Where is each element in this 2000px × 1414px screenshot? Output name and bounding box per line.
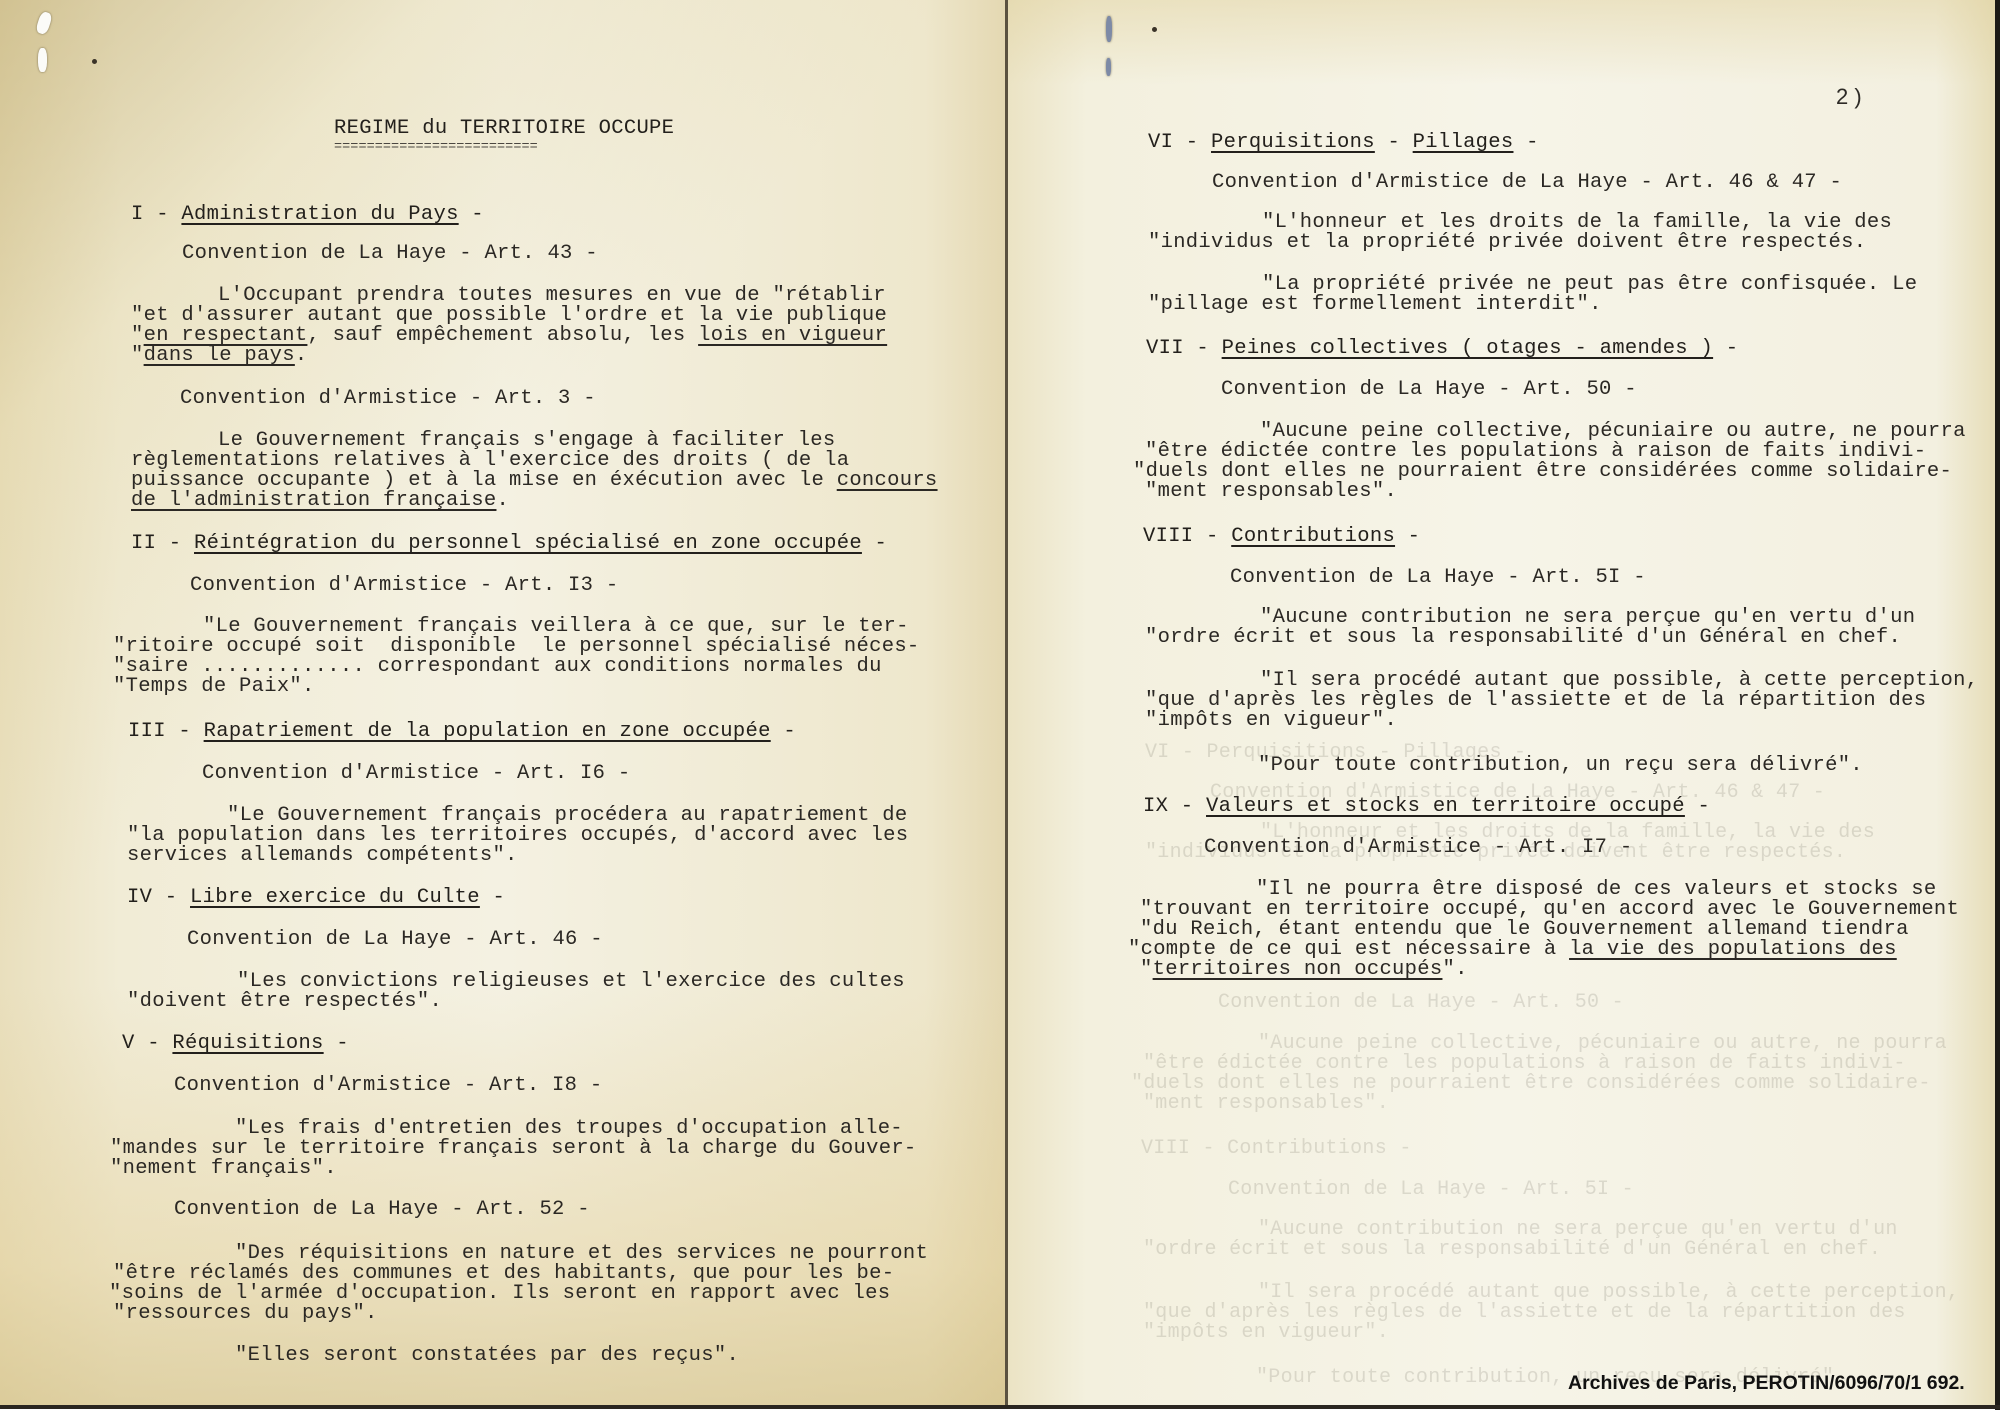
text-line: Convention de La Haye - Art. 5I - (1230, 567, 1646, 589)
section-heading: V - Réquisitions - (122, 1033, 349, 1055)
text-line: Convention de La Haye - Art. 43 - (182, 243, 598, 265)
text-segment: IV - (127, 886, 190, 909)
section-heading: IV - Libre exercice du Culte - (127, 887, 505, 909)
underlined-text: Perquisitions (1211, 131, 1375, 154)
text-line: "ment responsables". (1145, 481, 1397, 503)
text-line: "Elles seront constatées par des reçus". (235, 1345, 739, 1367)
text-segment: . (496, 489, 509, 512)
text-segment: Convention d'Armistice - Art. I7 - (1204, 836, 1632, 859)
text-segment: II - (131, 532, 194, 555)
text-segment: ". (1442, 958, 1467, 981)
scan-border-bottom (0, 1405, 2000, 1409)
text-line: "territoires non occupés". (1140, 959, 1468, 981)
text-line: "individus et la propriété privée doiven… (1148, 232, 1866, 254)
underlined-text: lois en vigueur (698, 324, 887, 347)
text-segment: Convention de La Haye - Art. 50 - (1221, 378, 1637, 401)
bleed-through-line: "ment responsables". (1143, 1093, 1389, 1115)
underlined-text: Réquisitions (172, 1032, 323, 1055)
section-heading: VII - Peines collectives ( otages - amen… (1146, 338, 1738, 360)
text-segment: . (295, 344, 308, 367)
document-title: REGIME du TERRITOIRE OCCUPE (334, 118, 674, 140)
text-segment: "individus et la propriété privée doiven… (1148, 231, 1866, 254)
text-segment: - (459, 203, 484, 226)
text-line: "dans le pays. (131, 345, 307, 367)
text-segment: Convention de La Haye - Art. 46 - (187, 928, 603, 951)
bleed-through-line: Convention de La Haye - Art. 50 - (1218, 992, 1624, 1014)
underlined-text: Pillages (1413, 131, 1514, 154)
text-segment: Convention de La Haye - Art. 52 - (174, 1198, 590, 1221)
text-segment: " (1140, 958, 1153, 981)
text-segment: Convention de La Haye - Art. 43 - (182, 242, 598, 265)
section-heading: I - Administration du Pays - (131, 204, 484, 226)
text-segment: VIII - (1143, 525, 1231, 548)
text-line: "doivent être respectés". (127, 991, 442, 1013)
text-line: Convention de La Haye - Art. 52 - (174, 1199, 590, 1221)
bleed-through-line: Convention de La Haye - Art. 5I - (1228, 1179, 1634, 1201)
text-line: Convention de La Haye - Art. 46 - (187, 929, 603, 951)
punch-hole-top (1106, 16, 1112, 42)
text-line: Convention d'Armistice de La Haye - Art.… (1212, 172, 1842, 194)
text-segment: "ressources du pays". (113, 1302, 378, 1325)
text-segment: " (131, 344, 144, 367)
underlined-text: Peines collectives ( otages - amendes ) (1222, 337, 1713, 360)
bleed-through-line: "ordre écrit et sous la responsabilité d… (1143, 1239, 1881, 1261)
ink-speck (1152, 27, 1157, 32)
text-segment: - (1375, 131, 1413, 154)
punch-hole-bottom (38, 48, 47, 72)
text-segment: III - (128, 720, 204, 743)
text-segment: - (1685, 795, 1710, 818)
text-segment: Convention d'Armistice - Art. I3 - (190, 574, 618, 597)
text-line: services allemands compétents". (127, 845, 518, 867)
text-segment: "Pour toute contribution, un reçu sera d… (1258, 754, 1863, 777)
page-number: 2 ) (1836, 84, 1862, 110)
text-line: "ordre écrit et sous la responsabilité d… (1145, 627, 1901, 649)
punch-hole-bottom (1106, 58, 1111, 76)
text-line: "Pour toute contribution, un reçu sera d… (1258, 755, 1863, 777)
text-segment: "impôts en vigueur". (1145, 709, 1397, 732)
bleed-through-line: VIII - Contributions - (1141, 1138, 1412, 1160)
text-segment: - (324, 1032, 349, 1055)
underlined-text: Libre exercice du Culte (190, 886, 480, 909)
section-heading: IX - Valeurs et stocks en territoire occ… (1143, 796, 1710, 818)
text-segment: V - (122, 1032, 172, 1055)
text-segment: Convention d'Armistice - Art. I8 - (174, 1074, 602, 1097)
text-line: "Temps de Paix". (113, 676, 315, 698)
text-segment: "Temps de Paix". (113, 675, 315, 698)
text-segment: - (480, 886, 505, 909)
text-segment: "doivent être respectés". (127, 990, 442, 1013)
text-segment: VII - (1146, 337, 1222, 360)
text-line: de l'administration française. (131, 490, 509, 512)
text-segment: - (862, 532, 887, 555)
underlined-text: dans le pays (144, 344, 295, 367)
section-heading: II - Réintégration du personnel spéciali… (131, 533, 887, 555)
text-segment: - (1513, 131, 1538, 154)
section-heading: VIII - Contributions - (1143, 526, 1420, 548)
underlined-text: de l'administration française (131, 489, 496, 512)
underlined-text: la vie des populations des (1569, 938, 1897, 961)
section-heading: VI - Perquisitions - Pillages - (1148, 132, 1539, 154)
underlined-text: Réintégration du personnel spécialisé en… (194, 532, 862, 555)
text-line: Convention d'Armistice - Art. I7 - (1204, 837, 1632, 859)
text-line: Convention d'Armistice - Art. I8 - (174, 1075, 602, 1097)
underlined-text: Contributions (1231, 525, 1395, 548)
title-double-rule: ========================= (334, 143, 538, 153)
text-segment: "nement français". (110, 1157, 337, 1180)
underlined-text: concours (837, 469, 938, 492)
text-segment: VI - (1148, 131, 1211, 154)
text-line: Convention d'Armistice - Art. I6 - (202, 763, 630, 785)
underlined-text: territoires non occupés (1153, 958, 1443, 981)
section-heading: III - Rapatriement de la population en z… (128, 721, 796, 743)
underlined-text: Rapatriement de la population en zone oc… (204, 720, 771, 743)
text-segment: "Elles seront constatées par des reçus". (235, 1344, 739, 1367)
text-segment: IX - (1143, 795, 1206, 818)
text-line: Convention d'Armistice - Art. 3 - (180, 388, 596, 410)
scan-border-right (1995, 0, 2000, 1410)
text-segment: "ment responsables". (1145, 480, 1397, 503)
text-segment: - (1395, 525, 1420, 548)
text-segment: Convention de La Haye - Art. 5I - (1230, 566, 1646, 589)
archive-credit: Archives de Paris, PEROTIN/6096/70/1 692… (1568, 1372, 1965, 1395)
text-line: "pillage est formellement interdit". (1148, 294, 1602, 316)
text-segment: "ordre écrit et sous la responsabilité d… (1145, 626, 1901, 649)
text-segment: Convention d'Armistice - Art. 3 - (180, 387, 596, 410)
punch-hole-top (35, 11, 53, 36)
text-segment: services allemands compétents". (127, 844, 518, 867)
text-line: "ressources du pays". (113, 1303, 378, 1325)
text-line: "nement français". (110, 1158, 337, 1180)
underlined-text: Administration du Pays (181, 203, 458, 226)
text-line: "impôts en vigueur". (1145, 710, 1397, 732)
bleed-through-line: "impôts en vigueur". (1143, 1322, 1389, 1344)
text-segment: - (771, 720, 796, 743)
ink-speck (92, 59, 97, 64)
text-segment: "pillage est formellement interdit". (1148, 293, 1602, 316)
text-segment: - (1713, 337, 1738, 360)
text-line: Convention d'Armistice - Art. I3 - (190, 575, 618, 597)
text-segment: Convention d'Armistice - Art. I6 - (202, 762, 630, 785)
underlined-text: Valeurs et stocks en territoire occupé (1206, 795, 1685, 818)
text-line: Convention de La Haye - Art. 50 - (1221, 379, 1637, 401)
text-segment: , sauf empêchement absolu, les (307, 324, 698, 347)
text-segment: I - (131, 203, 181, 226)
text-segment: Convention d'Armistice de La Haye - Art.… (1212, 171, 1842, 194)
